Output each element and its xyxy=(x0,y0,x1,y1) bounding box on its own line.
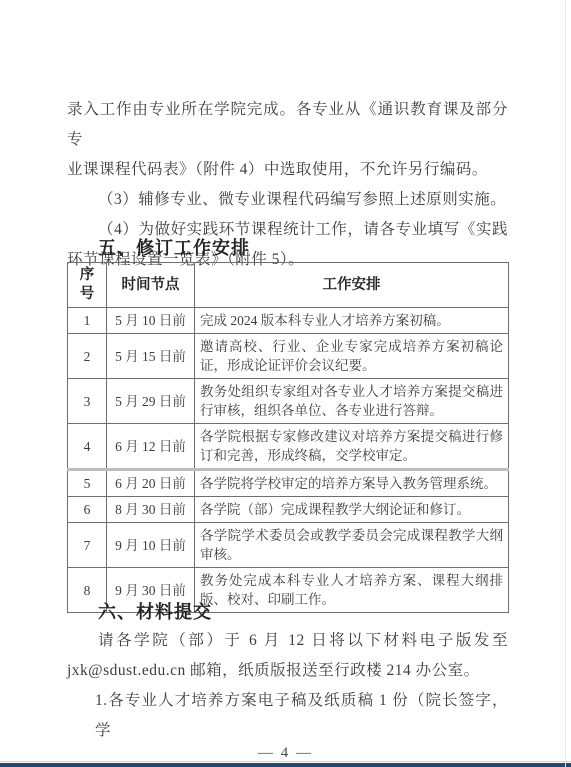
row-time-cell: 8 月 30 日前 xyxy=(107,497,195,523)
row-task-cell: 完成 2024 版本科专业人才培养方案初稿。 xyxy=(195,308,509,334)
table-row: 2 5 月 15 日前 邀请高校、行业、企业专家完成培养方案初稿论证，形成论证评… xyxy=(68,334,509,379)
body-line: （3）辅修专业、微专业课程代码编写参照上述原则实施。 xyxy=(67,185,508,215)
body-line: jxk@sdust.edu.cn 邮箱，纸质版报送至行政楼 214 办公室。 xyxy=(67,656,508,686)
footer-accent-bar xyxy=(0,763,571,767)
column-header-no: 序号 xyxy=(68,263,107,308)
body-line: 请各学院（部）于 6 月 12 日将以下材料电子版发至 xyxy=(67,626,508,656)
body-line: 1.各专业人才培养方案电子稿及纸质稿 1 份（院长签字，学 xyxy=(67,686,508,746)
row-number-cell: 6 xyxy=(68,497,107,523)
body-line: 业课课程代码表》（附件 4）中选取使用，不允许另行编码。 xyxy=(67,155,508,185)
row-task-cell: 各学院学术委员会或教学委员会完成课程教学大纲审核。 xyxy=(195,523,509,568)
row-task-cell: 邀请高校、行业、企业专家完成培养方案初稿论证，形成论证评价会议纪要。 xyxy=(195,334,509,379)
row-number-cell: 3 xyxy=(68,379,107,424)
section6-paragraphs: 请各学院（部）于 6 月 12 日将以下材料电子版发至 jxk@sdust.ed… xyxy=(67,626,508,746)
row-time-cell: 6 月 12 日前 xyxy=(107,424,195,470)
table-row: 1 5 月 10 日前 完成 2024 版本科专业人才培养方案初稿。 xyxy=(68,308,509,334)
table-row: 7 9 月 10 日前 各学院学术委员会或教学委员会完成课程教学大纲审核。 xyxy=(68,523,509,568)
footer-hairline xyxy=(0,761,571,762)
row-task-cell: 各学院将学校审定的培养方案导入教务管理系统。 xyxy=(195,470,509,497)
row-number-cell: 1 xyxy=(68,308,107,334)
section6-heading: 六、材料提交 xyxy=(98,600,212,624)
row-time-cell: 9 月 10 日前 xyxy=(107,523,195,568)
scan-edge-line xyxy=(565,0,566,767)
table-row: 3 5 月 29 日前 教务处组织专家组对各专业人才培养方案提交稿进行审核，组织… xyxy=(68,379,509,424)
table-header-row: 序号 时间节点 工作安排 xyxy=(68,263,509,308)
row-number-cell: 2 xyxy=(68,334,107,379)
row-time-cell: 5 月 29 日前 xyxy=(107,379,195,424)
row-number-cell: 4 xyxy=(68,424,107,470)
document-page: 录入工作由专业所在学院完成。各专业从《通识教育课及部分专 业课课程代码表》（附件… xyxy=(0,0,571,767)
page-number: — 4 — xyxy=(0,744,571,762)
row-number-cell: 7 xyxy=(68,523,107,568)
row-task-cell: 教务处完成本科专业人才培养方案、课程大纲排版、校对、印刷工作。 xyxy=(195,568,509,613)
table-row: 4 6 月 12 日前 各学院根据专家修改建议对培养方案提交稿进行修订和完善，形… xyxy=(68,424,509,470)
row-number-cell: 5 xyxy=(68,470,107,497)
row-time-cell: 5 月 10 日前 xyxy=(107,308,195,334)
column-header-task: 工作安排 xyxy=(195,263,509,308)
section5-heading: 五、修订工作安排 xyxy=(98,236,250,260)
row-task-cell: 各学院根据专家修改建议对培养方案提交稿进行修订和完善，形成终稿，交学校审定。 xyxy=(195,424,509,470)
body-line: 录入工作由专业所在学院完成。各专业从《通识教育课及部分专 xyxy=(67,95,508,155)
column-header-time: 时间节点 xyxy=(107,263,195,308)
row-task-cell: 各学院（部）完成课程教学大纲论证和修订。 xyxy=(195,497,509,523)
row-time-cell: 6 月 20 日前 xyxy=(107,470,195,497)
row-task-cell: 教务处组织专家组对各专业人才培养方案提交稿进行审核，组织各单位、各专业进行答辩。 xyxy=(195,379,509,424)
row-time-cell: 5 月 15 日前 xyxy=(107,334,195,379)
table-row: 6 8 月 30 日前 各学院（部）完成课程教学大纲论证和修订。 xyxy=(68,497,509,523)
table-row: 5 6 月 20 日前 各学院将学校审定的培养方案导入教务管理系统。 xyxy=(68,470,509,497)
work-schedule-table: 序号 时间节点 工作安排 1 5 月 10 日前 完成 2024 版本科专业人才… xyxy=(67,262,509,613)
